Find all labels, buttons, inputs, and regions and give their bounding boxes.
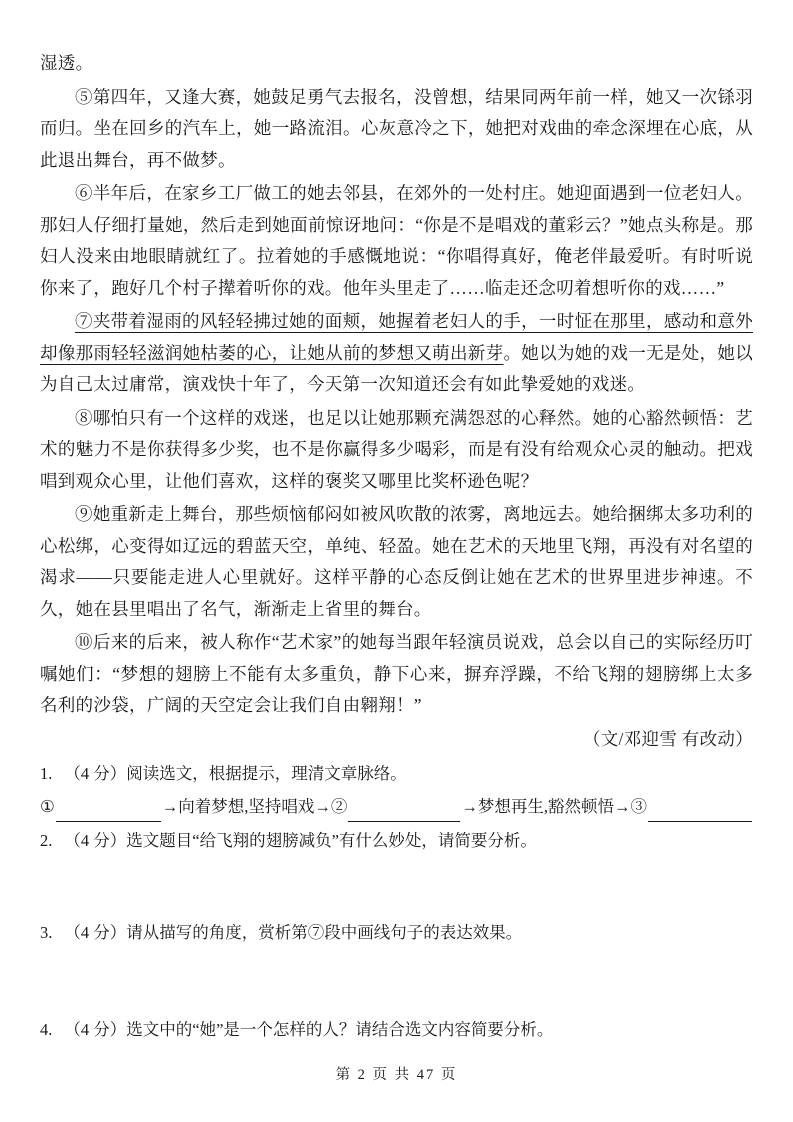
question-1-flow-chart: ① →向着梦想,坚持唱戏→② →梦想再生,豁然顿悟→③ [40, 791, 753, 822]
questions-section: 1.（4 分）阅读选文，根据提示，理清文章脉络。 ① →向着梦想,坚持唱戏→② … [40, 758, 753, 1045]
question-1: 1.（4 分）阅读选文，根据提示，理清文章脉络。 [40, 758, 753, 789]
fill-in-blank-3 [648, 797, 752, 822]
question-4-text: （4 分）选文中的“她”是一个怎样的人？请结合选文内容简要分析。 [64, 1020, 553, 1039]
flow-segment-2: →梦想再生,豁然顿悟→③ [461, 791, 647, 822]
question-1-text: （4 分）阅读选文，根据提示，理清文章脉络。 [64, 764, 406, 783]
question-2-number: 2. [40, 831, 52, 850]
question-3-text: （4 分）请从描写的角度，赏析第⑦段中画线句子的表达效果。 [64, 923, 522, 942]
question-2: 2.（4 分）选文题目“给飞翔的翅膀减负”有什么妙处，请简要分析。 [40, 825, 753, 856]
flow-label-1: ① [40, 791, 55, 822]
paragraph-10: ⑩后来的后来，被人称作“艺术家”的她每当跟年轻演员说戏，总会以自己的实际经历叮嘱… [40, 627, 753, 722]
reading-passage: 湿透。 ⑤第四年，又逢大赛，她鼓足勇气去报名，没曾想，结果同两年前一样，她又一次… [40, 48, 753, 755]
exam-document-page: 湿透。 ⑤第四年，又逢大赛，她鼓足勇气去报名，没曾想，结果同两年前一样，她又一次… [0, 0, 793, 1122]
question-4-number: 4. [40, 1020, 52, 1039]
author-attribution: （文/邓迎雪 有改动） [40, 724, 753, 756]
paragraph-7: ⑦夹带着湿雨的风轻轻拂过她的面颊，她握着老妇人的手，一时怔在那里，感动和意外却像… [40, 306, 753, 401]
question-4: 4.（4 分）选文中的“她”是一个怎样的人？请结合选文内容简要分析。 [40, 1014, 753, 1045]
paragraph-9: ⑨她重新走上舞台，那些烦恼郁闷如被风吹散的浓雾，离地远去。她给捆绑太多功利的心松… [40, 499, 753, 625]
page-number-indicator: 第 2 页 共 47 页 [0, 1063, 793, 1084]
answer-space-question-3 [40, 950, 753, 1014]
question-2-text: （4 分）选文题目“给飞翔的翅膀减负”有什么妙处，请简要分析。 [64, 831, 537, 850]
question-1-number: 1. [40, 764, 52, 783]
question-3-number: 3. [40, 923, 52, 942]
paragraph-6: ⑥半年后，在家乡工厂做工的她去邻县，在郊外的一处村庄。她迎面遇到一位老妇人。那妇… [40, 178, 753, 304]
question-3: 3.（4 分）请从描写的角度，赏析第⑦段中画线句子的表达效果。 [40, 917, 753, 948]
fill-in-blank-2 [348, 797, 460, 822]
paragraph-continuation: 湿透。 [40, 48, 753, 80]
fill-in-blank-1 [56, 797, 161, 822]
flow-segment-1: →向着梦想,坚持唱戏→② [162, 791, 348, 822]
paragraph-8: ⑧哪怕只有一个这样的戏迷，也足以让她那颗充满怨怼的心释然。她的心豁然顿悟：艺术的… [40, 403, 753, 498]
answer-space-question-2 [40, 858, 753, 917]
paragraph-5: ⑤第四年，又逢大赛，她鼓足勇气去报名，没曾想，结果同两年前一样，她又一次铩羽而归… [40, 82, 753, 177]
